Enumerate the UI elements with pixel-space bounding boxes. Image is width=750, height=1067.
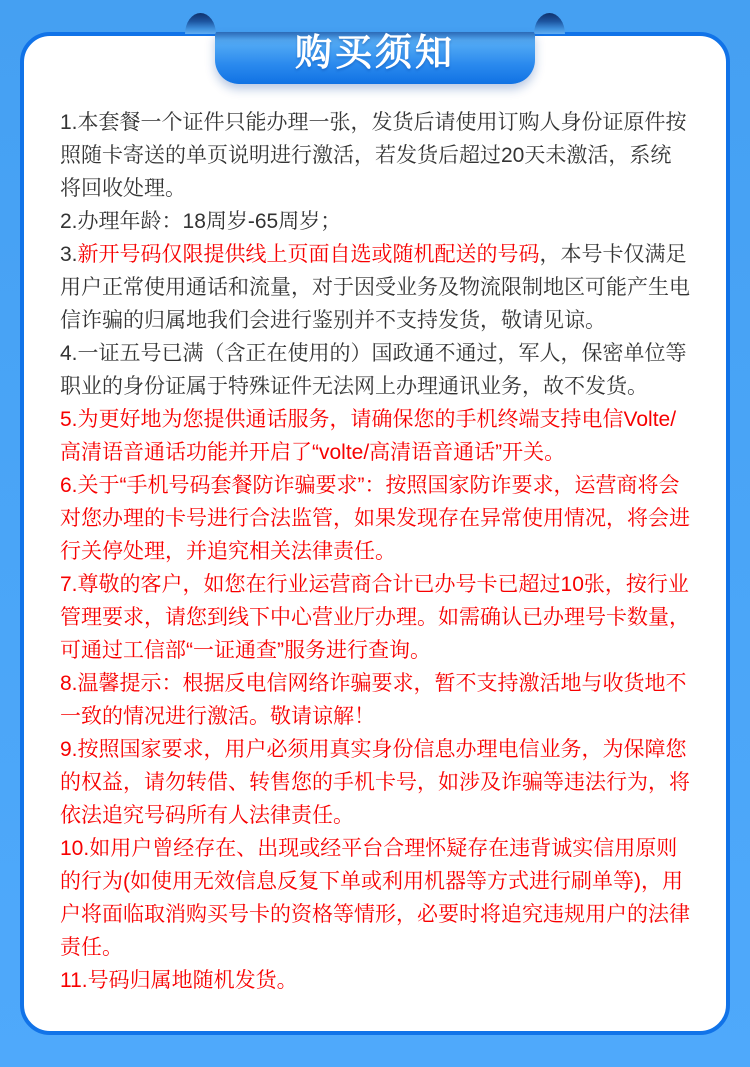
notice-text-segment: 7.尊敬的客户，如您在行业运营商合计已办号卡已超过10张，按行业管理要求，请您到… — [60, 573, 690, 662]
notice-item: 10.如用户曾经存在、出现或经平台合理怀疑存在违背诚实信用原则的行为(如使用无效… — [60, 832, 690, 964]
notice-item: 6.关于“手机号码套餐防诈骗要求”：按照国家防诈要求，运营商将会对您办理的卡号进… — [60, 469, 690, 568]
notice-text-segment: 3. — [60, 243, 78, 266]
notice-text-segment: 2.办理年龄：18周岁-65周岁； — [60, 210, 341, 233]
notice-card: 1.本套餐一个证件只能办理一张，发货后请使用订购人身份证原件按照随卡寄送的单页说… — [20, 32, 730, 1035]
ribbon-right-curl-icon — [534, 13, 565, 34]
notice-item: 2.办理年龄：18周岁-65周岁； — [60, 205, 690, 238]
ribbon-left-curl-icon — [185, 13, 216, 34]
notice-text-segment: 5.为更好地为您提供通话服务，请确保您的手机终端支持电信Volte/高清语音通话… — [60, 408, 676, 464]
title-ribbon: 购买须知 — [215, 32, 535, 84]
notice-text-segment: 9.按照国家要求，用户必须用真实身份信息办理电信业务，为保障您的权益，请勿转借、… — [60, 738, 690, 827]
notice-text-segment: 新开号码仅限提供线上页面自选或随机配送的号码 — [78, 243, 540, 266]
notice-item: 11.号码归属地随机发货。 — [60, 964, 690, 997]
notice-item: 1.本套餐一个证件只能办理一张，发货后请使用订购人身份证原件按照随卡寄送的单页说… — [60, 106, 690, 205]
page-title: 购买须知 — [215, 13, 535, 84]
notice-text-segment: 10.如用户曾经存在、出现或经平台合理怀疑存在违背诚实信用原则的行为(如使用无效… — [60, 837, 690, 959]
notice-list: 1.本套餐一个证件只能办理一张，发货后请使用订购人身份证原件按照随卡寄送的单页说… — [60, 106, 690, 997]
notice-text-segment: 8.温馨提示：根据反电信网络诈骗要求，暂不支持激活地与收货地不一致的情况进行激活… — [60, 672, 687, 728]
notice-item: 9.按照国家要求，用户必须用真实身份信息办理电信业务，为保障您的权益，请勿转借、… — [60, 733, 690, 832]
notice-item: 4.一证五号已满（含正在使用的）国政通不通过，军人，保密单位等职业的身份证属于特… — [60, 337, 690, 403]
notice-text-segment: 6.关于“手机号码套餐防诈骗要求”：按照国家防诈要求，运营商将会对您办理的卡号进… — [60, 474, 690, 563]
notice-item: 3.新开号码仅限提供线上页面自选或随机配送的号码，本号卡仅满足用户正常使用通话和… — [60, 238, 690, 337]
notice-item: 5.为更好地为您提供通话服务，请确保您的手机终端支持电信Volte/高清语音通话… — [60, 403, 690, 469]
notice-text-segment: 11.号码归属地随机发货。 — [60, 969, 298, 992]
notice-item: 8.温馨提示：根据反电信网络诈骗要求，暂不支持激活地与收货地不一致的情况进行激活… — [60, 667, 690, 733]
notice-text-segment: 4.一证五号已满（含正在使用的）国政通不通过，军人，保密单位等职业的身份证属于特… — [60, 342, 687, 398]
notice-item: 7.尊敬的客户，如您在行业运营商合计已办号卡已超过10张，按行业管理要求，请您到… — [60, 568, 690, 667]
notice-text-segment: 1.本套餐一个证件只能办理一张，发货后请使用订购人身份证原件按照随卡寄送的单页说… — [60, 111, 687, 200]
